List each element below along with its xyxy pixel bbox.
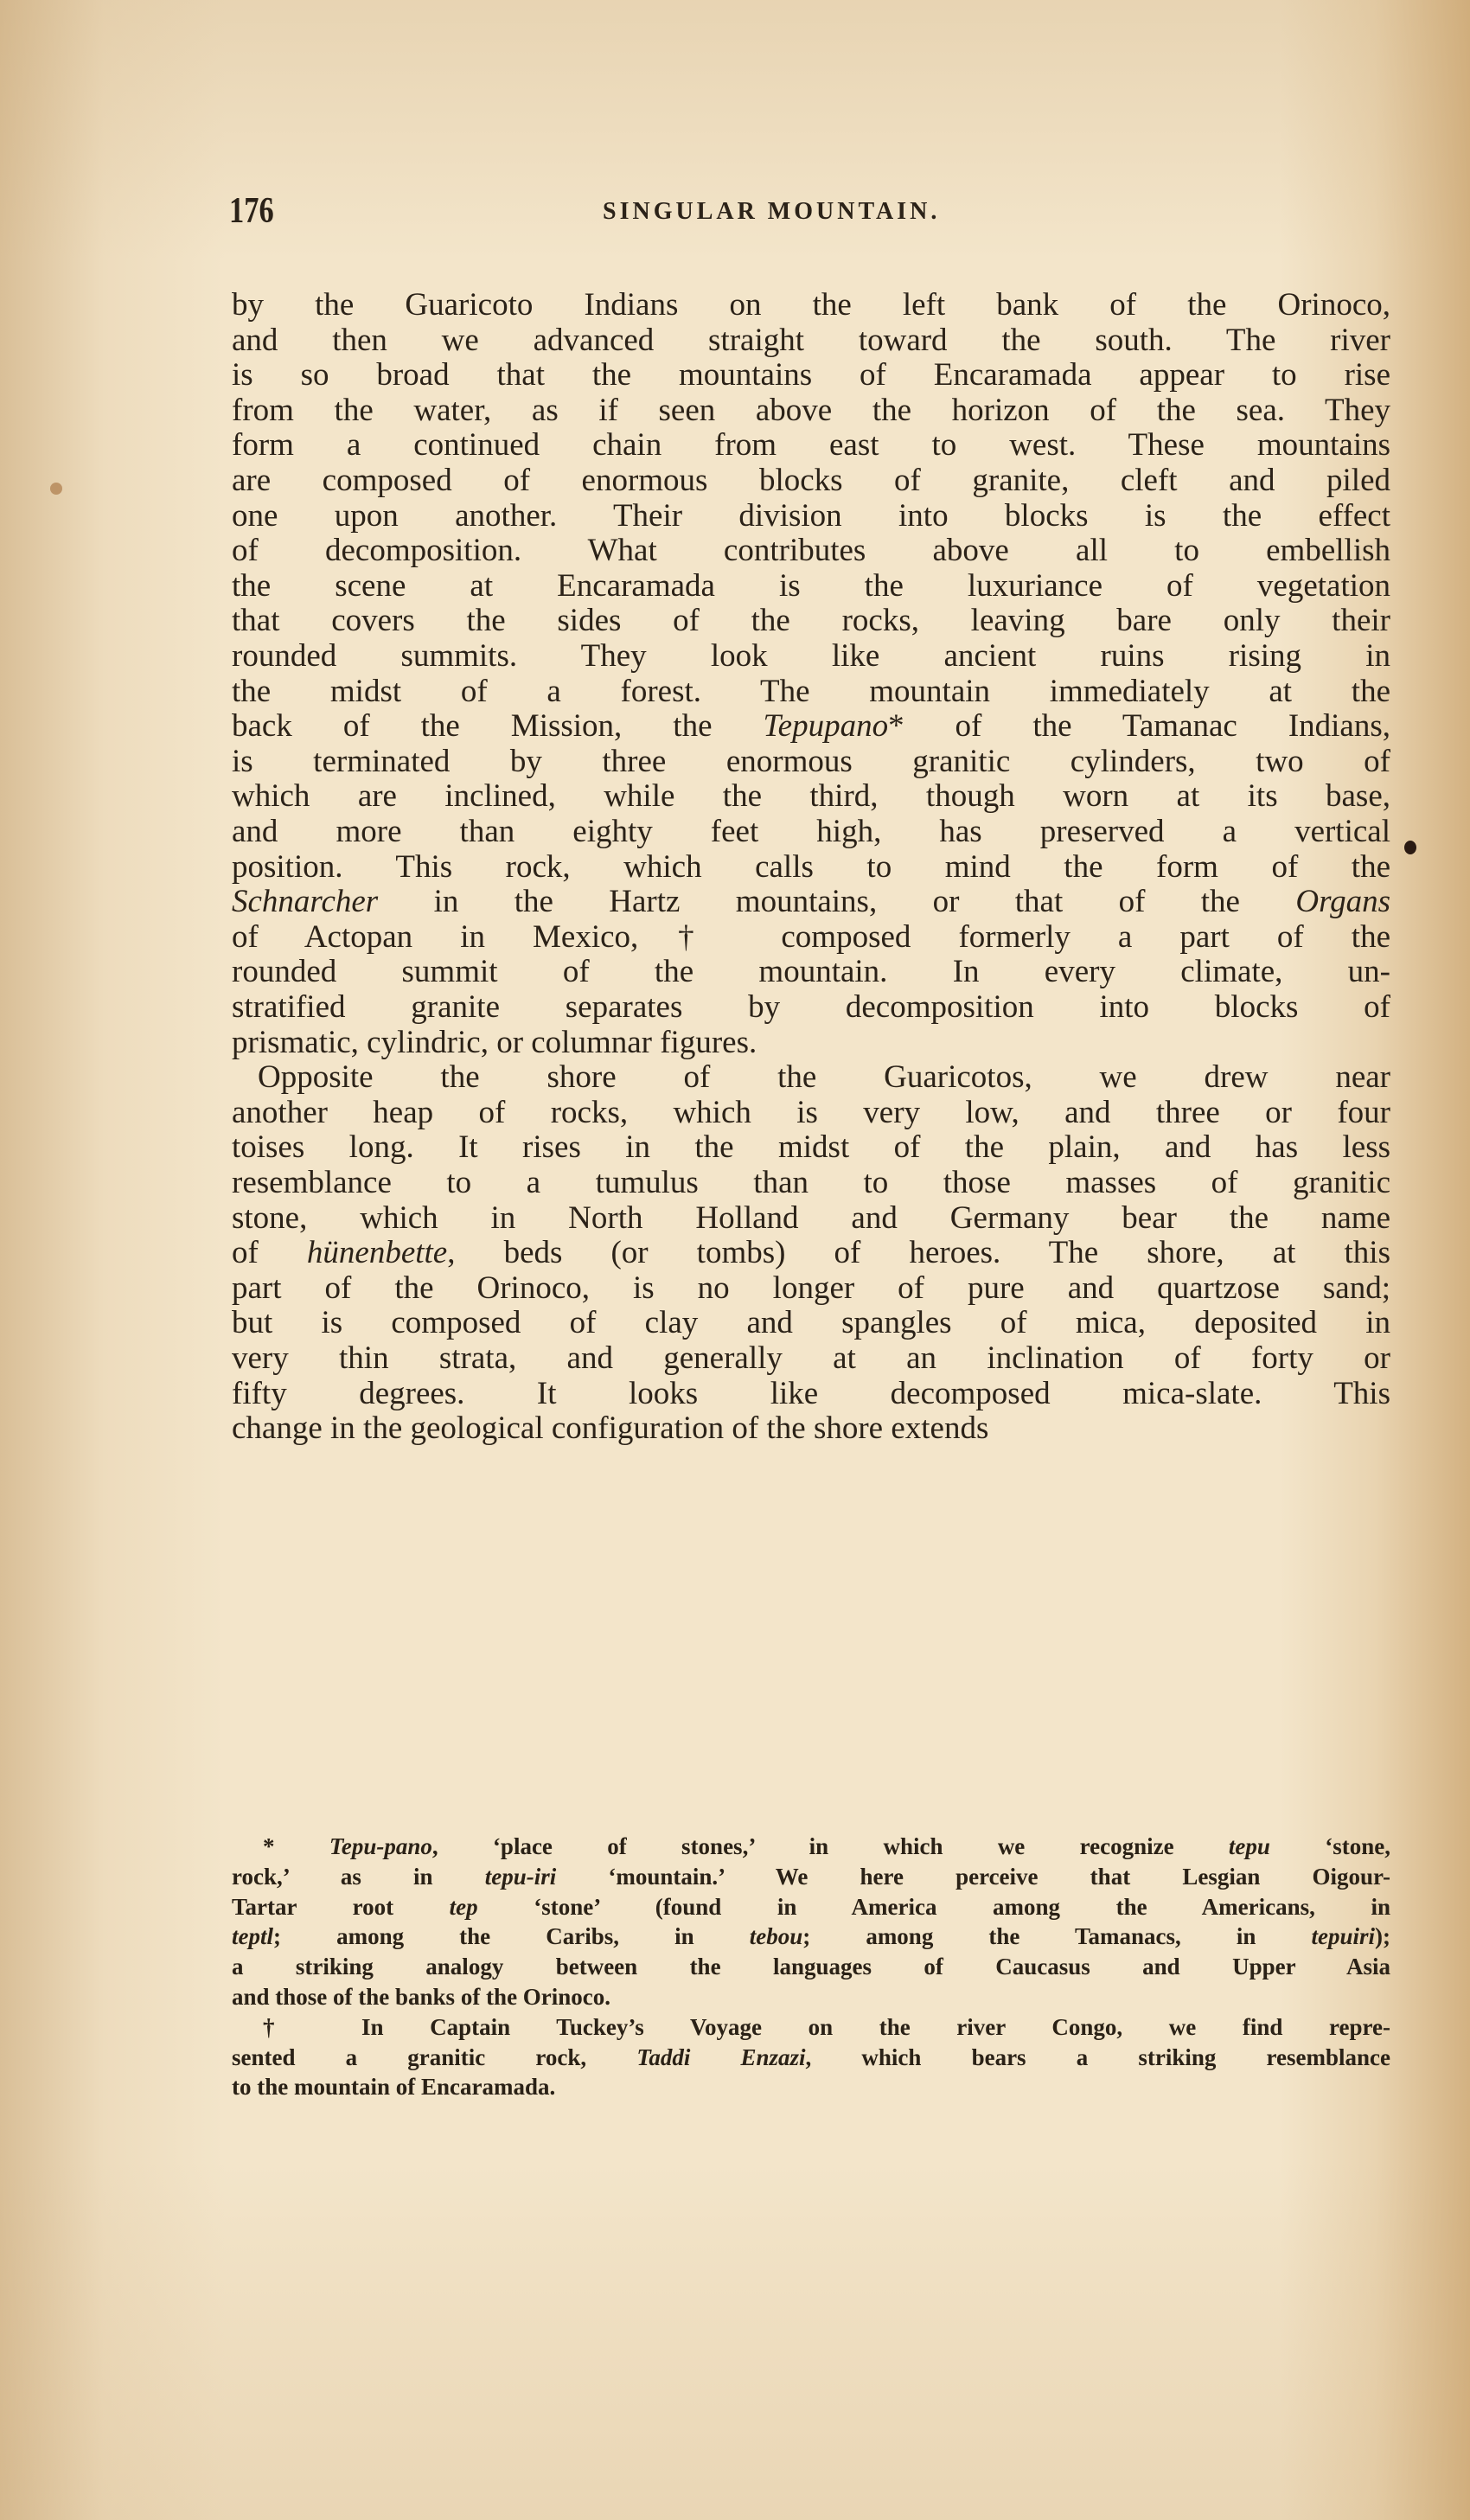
body-line: Schnarcher in the Hartz mountains, or th… [232, 885, 1390, 919]
body-line: is terminated by three enormous granitic… [232, 745, 1390, 779]
italic-term: Tepu-pano [329, 1833, 432, 1859]
body-line: and more than eighty feet high, has pres… [232, 815, 1390, 849]
footnote-line: * Tepu-pano, ‘place of stones,’ in which… [232, 1832, 1390, 1861]
footnote-line: sented a granitic rock, Taddi Enzazi, wh… [232, 2043, 1390, 2072]
ink-spot-left [50, 483, 62, 495]
body-line: one upon another. Their division into bl… [232, 499, 1390, 534]
body-line: Opposite the shore of the Guaricotos, we… [232, 1060, 1390, 1095]
body-line: rounded summits. They look like ancient … [232, 639, 1390, 674]
italic-term: tepuiri [1312, 1923, 1376, 1949]
body-line: stratified granite separates by decompos… [232, 990, 1390, 1025]
running-head: 176 SINGULAR MOUNTAIN. [229, 192, 1392, 230]
book-page: 176 SINGULAR MOUNTAIN. by the Guaricoto … [0, 0, 1470, 2520]
footnote-line: † In Captain Tuckey’s Voyage on the rive… [232, 2012, 1390, 2042]
body-line: very thin strata, and generally at an in… [232, 1341, 1390, 1376]
body-line: rounded summit of the mountain. In every… [232, 955, 1390, 989]
italic-term: Organs [1295, 884, 1390, 919]
body-line: back of the Mission, the Tepupano* of th… [232, 709, 1390, 744]
body-line: but is composed of clay and spangles of … [232, 1306, 1390, 1340]
body-line: by the Guaricoto Indians on the left ban… [232, 288, 1390, 323]
footnote-line: a striking analogy between the languages… [232, 1952, 1390, 1981]
body-line: the scene at Encaramada is the luxurianc… [232, 569, 1390, 604]
italic-term: Schnarcher [232, 884, 378, 919]
footnote-line: rock,’ as in tepu-iri ‘mountain.’ We her… [232, 1862, 1390, 1891]
body-line: is so broad that the mountains of Encara… [232, 358, 1390, 393]
body-line: of Actopan in Mexico,† composed formerly… [232, 920, 1390, 955]
italic-term: teptl [232, 1923, 273, 1949]
italic-term: Tepupano [763, 708, 888, 744]
italic-term: tep [450, 1894, 478, 1920]
footnote-line: and those of the banks of the Orinoco. [232, 1982, 1390, 2012]
body-line: part of the Orinoco, is no longer of pur… [232, 1271, 1390, 1306]
italic-term: tebou [750, 1923, 803, 1949]
italic-term: Taddi Enzazi [636, 2044, 805, 2070]
body-line: of decomposition. What contributes above… [232, 534, 1390, 568]
footnote-line: Tartar root tep ‘stone’ (found in Americ… [232, 1892, 1390, 1922]
footnote-line: to the mountain of Encaramada. [232, 2072, 1390, 2101]
body-line: change in the geological configuration o… [232, 1411, 1390, 1446]
running-title: SINGULAR MOUNTAIN. [603, 199, 940, 225]
italic-term: tepu [1229, 1833, 1270, 1859]
page-number: 176 [229, 192, 274, 230]
body-line: the midst of a forest. The mountain imme… [232, 675, 1390, 709]
body-line: form a continued chain from east to west… [232, 428, 1390, 463]
body-line: and then we advanced straight toward the… [232, 323, 1390, 358]
body-line: prismatic, cylindric, or columnar figure… [232, 1026, 1390, 1060]
footnote-line: teptl; among the Caribs, in tebou; among… [232, 1922, 1390, 1951]
body-line: that covers the sides of the rocks, leav… [232, 604, 1390, 638]
body-line: position. This rock, which calls to mind… [232, 850, 1390, 885]
body-line: resemblance to a tumulus than to those m… [232, 1166, 1390, 1200]
italic-term: hünenbette [307, 1235, 447, 1270]
body-line: another heap of rocks, which is very low… [232, 1096, 1390, 1130]
italic-term: tepu-iri [485, 1864, 557, 1890]
body-line: which are inclined, while the third, tho… [232, 779, 1390, 814]
body-line: from the water, as if seen above the hor… [232, 393, 1390, 428]
body-line: are composed of enormous blocks of grani… [232, 464, 1390, 498]
body-line: toises long. It rises in the midst of th… [232, 1130, 1390, 1165]
body-line: of hünenbette, beds (or tombs) of heroes… [232, 1236, 1390, 1270]
body-line: fifty degrees. It looks like decomposed … [232, 1377, 1390, 1411]
body-line: stone, which in North Holland and German… [232, 1201, 1390, 1236]
ink-spot-right [1404, 841, 1416, 854]
